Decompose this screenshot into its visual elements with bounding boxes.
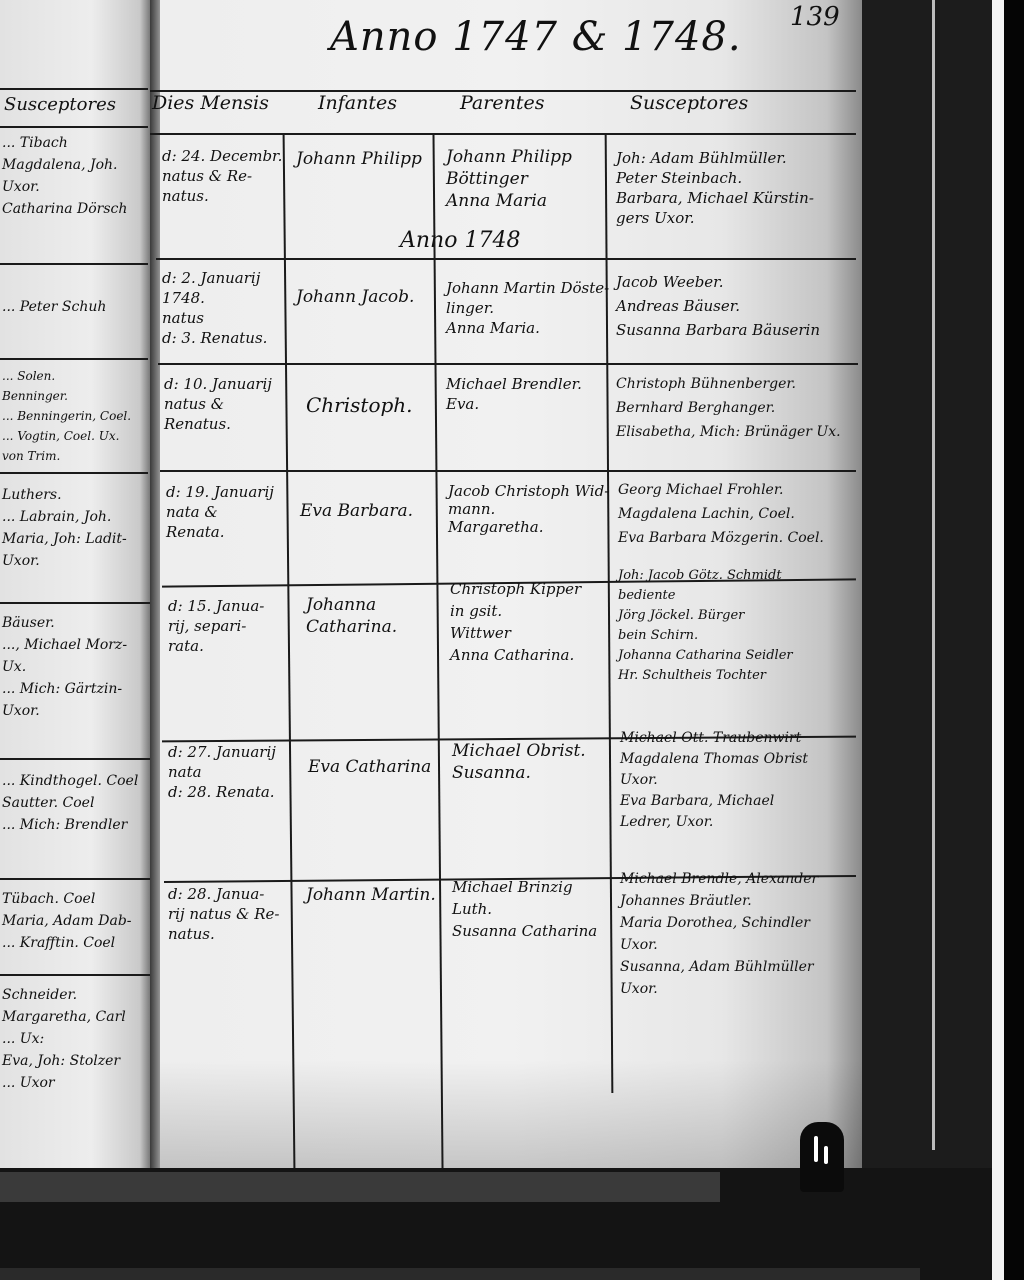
entry-5-date: d: 15. Janua- rij, separi- rata. bbox=[168, 596, 264, 656]
scanner-frame-right bbox=[862, 0, 992, 1280]
left-rule bbox=[0, 878, 154, 880]
entry-1-date: d: 24. Decembr. natus & Re- natus. bbox=[162, 146, 282, 206]
left-rule bbox=[0, 126, 148, 128]
left-rule bbox=[0, 758, 152, 760]
left-rule bbox=[0, 88, 148, 90]
left-rule bbox=[0, 263, 148, 265]
entry-3-infant: Christoph. bbox=[306, 394, 413, 416]
entry-2-date: d: 2. Januarij 1748. natus d: 3. Renatus… bbox=[162, 268, 267, 348]
frame-edge-line bbox=[932, 0, 935, 1150]
entry-4-sponsors: Georg Michael Frohler. Magdalena Lachin,… bbox=[618, 478, 824, 550]
entry-3-parents: Michael Brendler. Eva. bbox=[446, 374, 582, 414]
left-block: ... Peter Schuh bbox=[2, 296, 106, 318]
column-header-infantes: Infantes bbox=[318, 92, 397, 114]
film-border bbox=[1004, 0, 1024, 1280]
frame-lower-edge bbox=[0, 1268, 920, 1280]
entry-6-date: d: 27. Januarij nata d: 28. Renata. bbox=[168, 742, 276, 802]
column-header-dies-mensis: Dies Mensis bbox=[152, 92, 269, 114]
left-block: Schneider. Margaretha, Carl ... Ux: Eva,… bbox=[2, 984, 126, 1094]
left-block: ... Kindthogel. Coel Sautter. Coel ... M… bbox=[2, 770, 138, 836]
entry-4-infant: Eva Barbara. bbox=[300, 500, 413, 522]
entry-5-infant: Johanna Catharina. bbox=[306, 594, 397, 638]
left-rule bbox=[0, 358, 148, 360]
entry-1-sponsors: Joh: Adam Bühlmüller. Peter Steinbach. B… bbox=[616, 148, 814, 228]
entry-6-parents: Michael Obrist. Susanna. bbox=[452, 740, 586, 784]
entry-6-sponsors: Michael Ott. Traubenwirt Magdalena Thoma… bbox=[620, 728, 808, 833]
entry-7-infant: Johann Martin. bbox=[306, 884, 436, 906]
entry-7-parents: Michael Brinzig Luth. Susanna Catharina bbox=[452, 876, 597, 942]
entry-2-parents: Johann Martin Döste- linger. Anna Maria. bbox=[446, 278, 609, 338]
entry-6-infant: Eva Catharina bbox=[308, 756, 431, 778]
entry-1-parents: Johann Philipp Böttinger Anna Maria bbox=[446, 146, 572, 212]
entry-3-sponsors: Christoph Bühnenberger. Bernhard Berghan… bbox=[616, 372, 841, 444]
left-page-column-header: Susceptores bbox=[4, 94, 116, 115]
entry-3-date: d: 10. Januarij natus & Renatus. bbox=[164, 374, 272, 434]
left-block: ... Tibach Magdalena, Joh. Uxor. Cathari… bbox=[2, 132, 127, 220]
entry-2-sponsors: Jacob Weeber. Andreas Bäuser. Susanna Ba… bbox=[616, 270, 820, 342]
year-divider: Anno 1748 bbox=[400, 228, 520, 253]
entry-5-parents: Christoph Kipper in gsit. Wittwer Anna C… bbox=[450, 578, 581, 666]
page-title: Anno 1747 & 1748. bbox=[330, 14, 742, 60]
entry-1-infant: Johann Philipp bbox=[296, 148, 422, 170]
left-block: ... Solen. Benninger. ... Benningerin, C… bbox=[2, 366, 131, 466]
left-rule bbox=[0, 472, 148, 474]
entry-7-sponsors: Michael Brendle, Alexander Johannes Bräu… bbox=[620, 868, 818, 1000]
header-bottom-rule bbox=[150, 133, 856, 135]
left-block: Tübach. Coel Maria, Adam Dab- ... Krafft… bbox=[2, 888, 132, 954]
row-rule bbox=[156, 258, 856, 260]
microfilm-scan: Susceptores ... Tibach Magdalena, Joh. U… bbox=[0, 0, 1024, 1280]
page-number: 139 bbox=[790, 2, 840, 32]
entry-4-parents: Jacob Christoph Wid- mann. Margaretha. bbox=[448, 482, 609, 536]
left-rule bbox=[0, 974, 156, 976]
book-clamp bbox=[800, 1122, 844, 1192]
column-header-susceptores: Susceptores bbox=[630, 92, 748, 114]
left-block: Bäuser. ..., Michael Morz- Ux. ... Mich:… bbox=[2, 612, 127, 722]
entry-2-infant: Johann Jacob. bbox=[296, 286, 414, 308]
entry-7-date: d: 28. Janua- rij natus & Re- natus. bbox=[168, 884, 280, 944]
page-edge-shadow bbox=[0, 1172, 720, 1202]
entry-4-date: d: 19. Januarij nata & Renata. bbox=[166, 482, 274, 542]
column-header-parentes: Parentes bbox=[460, 92, 544, 114]
left-rule bbox=[0, 602, 150, 604]
clamp-highlight bbox=[824, 1146, 828, 1164]
film-edge bbox=[992, 0, 1004, 1280]
row-rule bbox=[160, 470, 856, 472]
entry-5-sponsors: Joh: Jacob Götz. Schmidt bediente Jörg J… bbox=[618, 566, 793, 686]
page-shadow bbox=[160, 1060, 862, 1170]
row-rule bbox=[158, 363, 858, 365]
clamp-highlight bbox=[814, 1136, 818, 1162]
left-block: Luthers. ... Labrain, Joh. Maria, Joh: L… bbox=[2, 484, 127, 572]
